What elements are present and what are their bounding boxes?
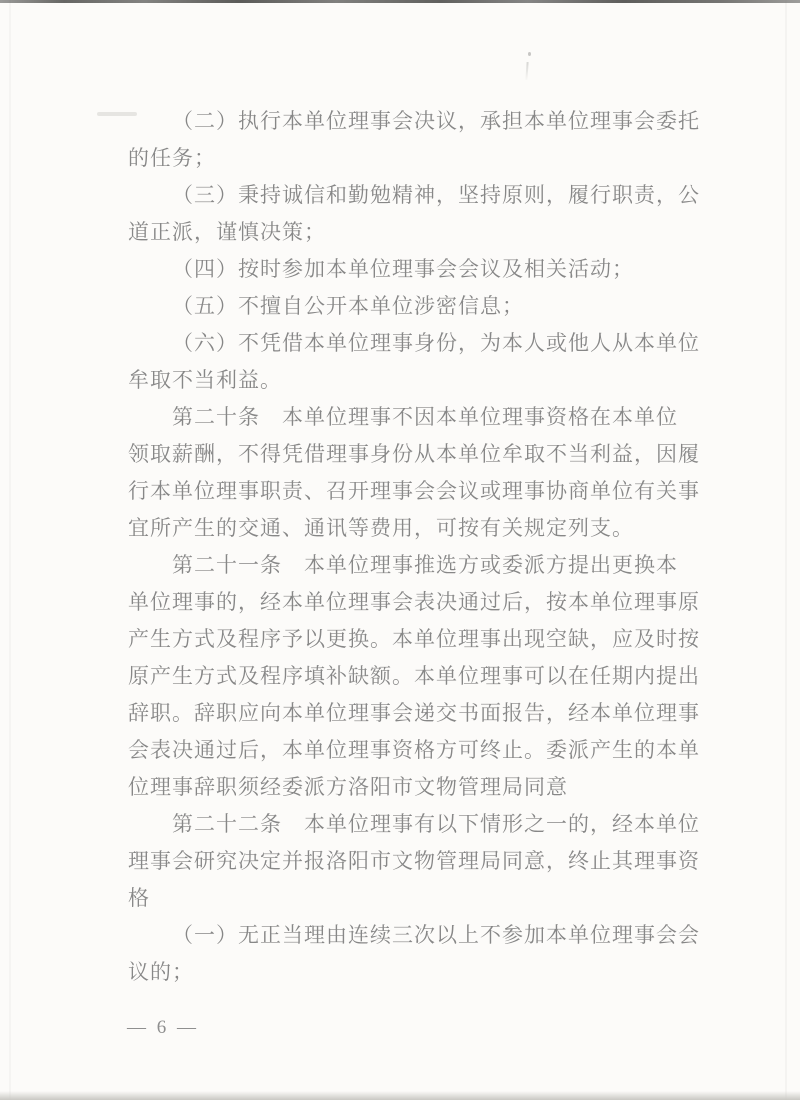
text-line: （四）按时参加本单位理事会会议及相关活动； [128, 251, 728, 288]
text-line: 议的； [128, 954, 728, 991]
text-line: 第二十一条 本单位理事推选方或委派方提出更换本 [128, 547, 728, 584]
text-line: 行本单位理事职责、召开理事会会议或理事协商单位有关事 [128, 473, 728, 510]
scanned-document-page: （二）执行本单位理事会决议，承担本单位理事会委托的任务；（三）秉持诚信和勤勉精神… [0, 0, 800, 1100]
bottom-scan-edge [0, 1091, 800, 1100]
document-body: （二）执行本单位理事会决议，承担本单位理事会委托的任务；（三）秉持诚信和勤勉精神… [128, 103, 728, 991]
text-line: （六）不凭借本单位理事身份，为本人或他人从本单位 [128, 325, 728, 362]
text-line: 位理事辞职须经委派方洛阳市文物管理局同意 [128, 769, 728, 806]
text-line: 的任务； [128, 140, 728, 177]
text-line: （三）秉持诚信和勤勉精神，坚持原则，履行职责，公 [128, 177, 728, 214]
text-line: 产生方式及程序予以更换。本单位理事出现空缺，应及时按 [128, 621, 728, 658]
text-line: （五）不擅自公开本单位涉密信息； [128, 288, 728, 325]
text-line: 辞职。辞职应向本单位理事会递交书面报告，经本单位理事 [128, 695, 728, 732]
text-line: （二）执行本单位理事会决议，承担本单位理事会委托 [128, 103, 728, 140]
text-line: 第二十条 本单位理事不因本单位理事资格在本单位 [128, 399, 728, 436]
text-line: 单位理事的，经本单位理事会表决通过后，按本单位理事原 [128, 584, 728, 621]
scan-artifact-dash [525, 62, 528, 80]
text-line: （一）无正当理由连续三次以上不参加本单位理事会会 [128, 917, 728, 954]
text-line: 原产生方式及程序填补缺额。本单位理事可以在任期内提出 [128, 658, 728, 695]
text-line: 第二十二条 本单位理事有以下情形之一的，经本单位 [128, 806, 728, 843]
text-line: 会表决通过后，本单位理事资格方可终止。委派产生的本单 [128, 732, 728, 769]
right-scan-line [785, 0, 787, 1100]
scan-artifact-speck [528, 52, 531, 56]
text-line: 格 [128, 880, 728, 917]
text-line: 领取薪酬，不得凭借理事身份从本单位牟取不当利益，因履 [128, 436, 728, 473]
text-line: 道正派，谨慎决策； [128, 214, 728, 251]
top-scan-edge [0, 0, 800, 3]
text-line: 宜所产生的交通、通讯等费用，可按有关规定列支。 [128, 510, 728, 547]
left-scan-line [9, 0, 11, 1100]
page-number: — 6 — [127, 1017, 199, 1039]
text-line: 牟取不当利益。 [128, 362, 728, 399]
text-line: 理事会研究决定并报洛阳市文物管理局同意，终止其理事资 [128, 843, 728, 880]
